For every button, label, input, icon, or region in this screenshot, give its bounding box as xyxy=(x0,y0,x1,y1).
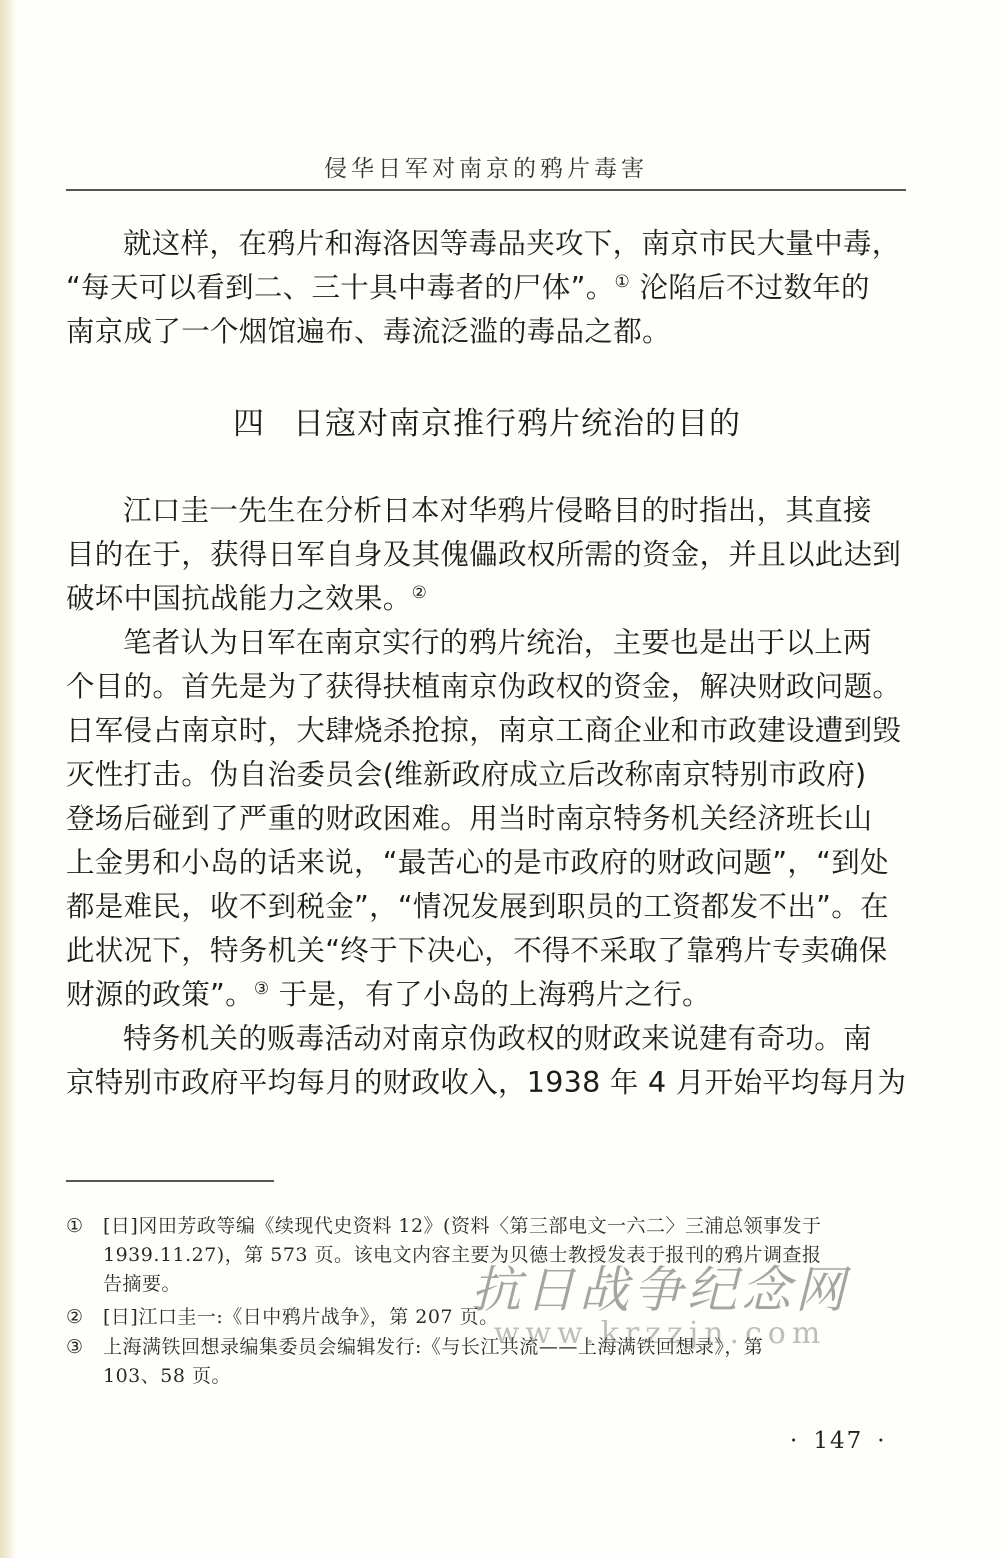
paragraph-1: 就这样，在鸦片和海洛因等毒品夹攻下，南京市民大量中毒， “每天可以看到二、三十具… xyxy=(66,222,908,354)
paragraph-3: 笔者认为日军在南京实行的鸦片统治，主要也是出于以上两 个目的。首先是为了获得扶植… xyxy=(66,621,908,1017)
paragraph-line: 京特别市政府平均每月的财政收入，1938 年 4 月开始平均每月为 xyxy=(66,1061,908,1105)
paragraph-line: 笔者认为日军在南京实行的鸦片统治，主要也是出于以上两 xyxy=(66,621,908,665)
footnote-line: [日]冈田芳政等编《续现代史资料 12》(资料〈第三部电文一六二〉三浦总领事发于 xyxy=(103,1212,908,1241)
footnote-marker: ③ xyxy=(66,1333,96,1362)
paragraph-text: 财源的政策”。 xyxy=(66,978,254,1011)
footnote-ref-3[interactable]: ③ xyxy=(254,979,270,999)
page-number: ·147· xyxy=(776,1428,901,1454)
footnote-line: [日]江口圭一:《日中鸦片战争》，第 207 页。 xyxy=(103,1303,908,1332)
paragraph-line: 灭性打击。伪自治委员会(维新政府成立后改称南京特别市政府) xyxy=(66,753,908,797)
paragraph-line: 此状况下，特务机关“终于下决心，不得不采取了靠鸦片专卖确保 xyxy=(66,929,908,973)
paragraph-line: 江口圭一先生在分析日本对华鸦片侵略目的时指出，其直接 xyxy=(66,489,908,533)
footnote-2: ② [日]江口圭一:《日中鸦片战争》，第 207 页。 xyxy=(66,1303,908,1332)
paragraph-line: 个目的。首先是为了获得扶植南京伪政权的资金，解决财政问题。 xyxy=(66,665,908,709)
paragraph-line: 财源的政策”。③ 于是，有了小岛的上海鸦片之行。 xyxy=(66,973,908,1017)
footnote-line: 告摘要。 xyxy=(103,1270,908,1299)
paragraph-2: 江口圭一先生在分析日本对华鸦片侵略目的时指出，其直接 目的在于，获得日军自身及其… xyxy=(66,489,908,621)
paragraph-line: 特务机关的贩毒活动对南京伪政权的财政来说建有奇功。南 xyxy=(66,1017,908,1061)
footnote-1: ① [日]冈田芳政等编《续现代史资料 12》(资料〈第三部电文一六二〉三浦总领事… xyxy=(66,1212,908,1299)
paragraph-4: 特务机关的贩毒活动对南京伪政权的财政来说建有奇功。南 京特别市政府平均每月的财政… xyxy=(66,1017,908,1105)
footnote-line: 上海满铁回想录编集委员会编辑发行:《与长江共流——上海满铁回想录》，第 xyxy=(103,1333,908,1362)
footnote-separator xyxy=(66,1180,274,1182)
page-number-value: 147 xyxy=(813,1428,863,1454)
section-number: 四 xyxy=(233,406,265,442)
footnote-line: 103、58 页。 xyxy=(103,1362,908,1391)
page-binding-edge xyxy=(0,0,16,1558)
footnote-marker: ② xyxy=(66,1303,96,1332)
paragraph-line: 日军侵占南京时，大肆烧杀抢掠，南京工商企业和市政建设遭到毁 xyxy=(66,709,908,753)
page-number-dot: · xyxy=(790,1428,799,1454)
page-number-dot: · xyxy=(877,1428,886,1454)
running-head: 侵华日军对南京的鸦片毒害 xyxy=(66,150,906,183)
paragraph-line: 上金男和小岛的话来说，“最苦心的是市政府的财政问题”，“到处 xyxy=(66,841,908,885)
footnote-marker: ① xyxy=(66,1212,96,1241)
paragraph-line: 都是难民，收不到税金”，“情况发展到职员的工资都发不出”。在 xyxy=(66,885,908,929)
paragraph-line: 就这样，在鸦片和海洛因等毒品夹攻下，南京市民大量中毒， xyxy=(66,222,908,266)
paragraph-line: 登场后碰到了严重的财政困难。用当时南京特务机关经济班长山 xyxy=(66,797,908,841)
footnote-3: ③ 上海满铁回想录编集委员会编辑发行:《与长江共流——上海满铁回想录》，第 10… xyxy=(66,1333,908,1391)
section-title-text: 日寇对南京推行鸦片统治的目的 xyxy=(293,406,741,442)
paragraph-text: 破坏中国抗战能力之效果。 xyxy=(66,582,412,615)
paragraph-line: 南京成了一个烟馆遍布、毒流泛滥的毒品之都。 xyxy=(66,310,908,354)
footnote-line: 1939.11.27)，第 573 页。该电文内容主要为贝德士教授发表于报刊的鸦… xyxy=(103,1241,908,1270)
paragraph-line: “每天可以看到二、三十具中毒者的尸体”。① 沦陷后不过数年的 xyxy=(66,266,908,310)
footnote-ref-1[interactable]: ① xyxy=(615,272,631,292)
footnote-ref-2[interactable]: ② xyxy=(412,583,428,603)
paragraph-line: 目的在于，获得日军自身及其傀儡政权所需的资金，并且以此达到 xyxy=(66,533,908,577)
paragraph-text: 于是，有了小岛的上海鸦片之行。 xyxy=(279,978,711,1011)
paragraph-line: 破坏中国抗战能力之效果。② xyxy=(66,577,908,621)
section-heading: 四日寇对南京推行鸦片统治的目的 xyxy=(66,398,908,443)
quote-text: “每天可以看到二、三十具中毒者的尸体”。 xyxy=(66,271,615,304)
paragraph-text: 沦陷后不过数年的 xyxy=(639,271,869,304)
header-rule xyxy=(66,189,906,191)
